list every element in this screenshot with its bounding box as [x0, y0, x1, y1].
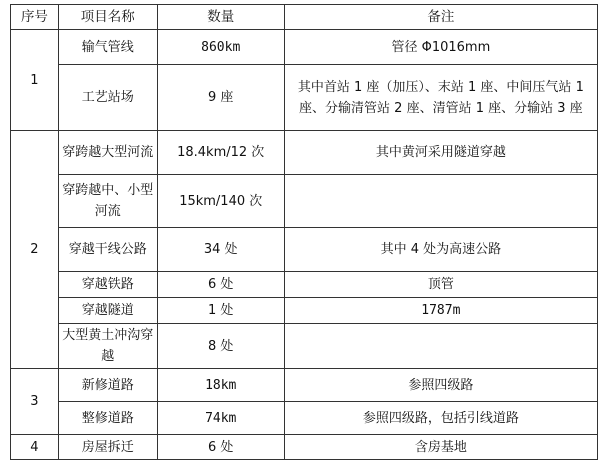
item-note: 参照四级路	[284, 369, 597, 402]
project-quantities-table: 序号 项目名称 数量 备注 1 输气管线 860km 管径 Φ1016mm 工艺…	[10, 4, 598, 460]
item-name: 穿跨越中、小型河流	[58, 175, 157, 228]
item-note: 管径 Φ1016mm	[284, 30, 597, 65]
item-note	[284, 175, 597, 228]
item-name: 输气管线	[58, 30, 157, 65]
item-qty: 18km	[157, 369, 284, 402]
item-name: 穿越铁路	[58, 272, 157, 298]
item-qty: 6 处	[157, 272, 284, 298]
item-note: 其中首站 1 座（加压）、末站 1 座、中间压气站 1 座、分输清管站 2 座、…	[284, 65, 597, 131]
item-qty: 860km	[157, 30, 284, 65]
group-seq: 2	[11, 131, 59, 369]
item-name: 整修道路	[58, 402, 157, 435]
item-note: 参照四级路，包括引线道路	[284, 402, 597, 435]
item-name: 大型黄土冲沟穿越	[58, 324, 157, 369]
item-name: 穿越隧道	[58, 298, 157, 324]
item-note: 含房基地	[284, 435, 597, 460]
item-name: 穿跨越大型河流	[58, 131, 157, 175]
table-row: 4 房屋拆迁 6 处 含房基地	[11, 435, 598, 460]
item-note: 其中 4 处为高速公路	[284, 228, 597, 272]
item-note: 其中黄河采用隧道穿越	[284, 131, 597, 175]
item-qty: 15km/140 次	[157, 175, 284, 228]
group-seq: 3	[11, 369, 59, 435]
header-row: 序号 项目名称 数量 备注	[11, 5, 598, 30]
table-row: 穿跨越中、小型河流 15km/140 次	[11, 175, 598, 228]
item-note: 顶管	[284, 272, 597, 298]
table-row: 穿越铁路 6 处 顶管	[11, 272, 598, 298]
item-qty: 18.4km/12 次	[157, 131, 284, 175]
group-seq: 1	[11, 30, 59, 131]
table-row: 工艺站场 9 座 其中首站 1 座（加压）、末站 1 座、中间压气站 1 座、分…	[11, 65, 598, 131]
item-name: 穿越干线公路	[58, 228, 157, 272]
group-seq: 4	[11, 435, 59, 460]
header-qty: 数量	[157, 5, 284, 30]
item-qty: 8 处	[157, 324, 284, 369]
header-seq: 序号	[11, 5, 59, 30]
item-name: 工艺站场	[58, 65, 157, 131]
table-row: 大型黄土冲沟穿越 8 处	[11, 324, 598, 369]
table-row: 3 新修道路 18km 参照四级路	[11, 369, 598, 402]
header-name: 项目名称	[58, 5, 157, 30]
item-name: 新修道路	[58, 369, 157, 402]
item-qty: 34 处	[157, 228, 284, 272]
table-row: 穿越隧道 1 处 1787m	[11, 298, 598, 324]
item-qty: 6 处	[157, 435, 284, 460]
item-note: 1787m	[284, 298, 597, 324]
table-row: 整修道路 74km 参照四级路，包括引线道路	[11, 402, 598, 435]
item-qty: 1 处	[157, 298, 284, 324]
item-qty: 9 座	[157, 65, 284, 131]
table-row: 1 输气管线 860km 管径 Φ1016mm	[11, 30, 598, 65]
item-qty: 74km	[157, 402, 284, 435]
header-note: 备注	[284, 5, 597, 30]
item-name: 房屋拆迁	[58, 435, 157, 460]
table-row: 穿越干线公路 34 处 其中 4 处为高速公路	[11, 228, 598, 272]
item-note	[284, 324, 597, 369]
table-row: 2 穿跨越大型河流 18.4km/12 次 其中黄河采用隧道穿越	[11, 131, 598, 175]
